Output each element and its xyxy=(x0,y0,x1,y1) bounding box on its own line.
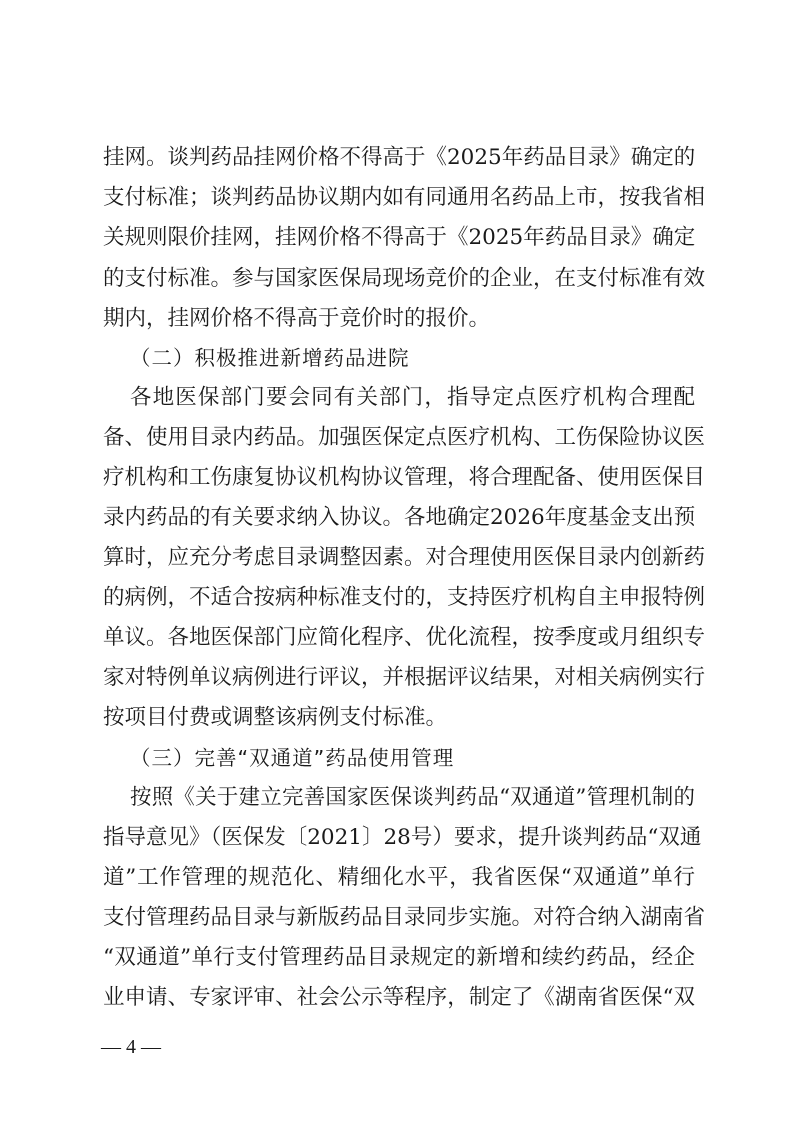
body-text-line: 期内，挂网价格不得高于竞价时的报价。 xyxy=(103,299,695,339)
body-text-line: “双通道”单行支付管理药品目录规定的新增和续约药品，经企 xyxy=(103,938,695,978)
body-text-line: 按项目付费或调整该病例支付标准。 xyxy=(103,698,695,738)
body-text-line: 疗机构和工伤康复协议机构协议管理，将合理配备、使用医保目 xyxy=(103,458,695,498)
body-text-line: 录内药品的有关要求纳入协议。各地确定2026年度基金支出预 xyxy=(103,498,695,538)
document-page: 挂网。谈判药品挂网价格不得高于《2025年药品目录》确定的 支付标准；谈判药品协… xyxy=(0,0,793,1122)
body-text-line: 道”工作管理的规范化、精细化水平，我省医保“双通道”单行 xyxy=(103,858,695,898)
page-number: — 4 — xyxy=(101,1036,161,1059)
body-text-line: 业申请、专家评审、社会公示等程序，制定了《湖南省医保“双 xyxy=(103,978,695,1018)
body-text-line: 的支付标准。参与国家医保局现场竞价的企业，在支付标准有效 xyxy=(103,259,695,299)
body-text-line: 挂网。谈判药品挂网价格不得高于《2025年药品目录》确定的 xyxy=(103,138,695,178)
body-text-line: 关规则限价挂网，挂网价格不得高于《2025年药品目录》确定 xyxy=(103,218,695,258)
section-heading-3: （三）完善“双通道”药品使用管理 xyxy=(130,738,454,778)
body-text-line: 算时，应充分考虑目录调整因素。对合理使用医保目录内创新药 xyxy=(103,538,695,578)
body-text-line: 支付管理药品目录与新版药品目录同步实施。对符合纳入湖南省 xyxy=(103,898,695,938)
body-text-line: 单议。各地医保部门应简化程序、优化流程，按季度或月组织专 xyxy=(103,618,695,658)
section-heading-2: （二）积极推进新增药品进院 xyxy=(130,338,410,378)
body-text-line: 指导意见》（医保发〔2021〕28号）要求，提升谈判药品“双通 xyxy=(103,818,695,858)
body-text-line: 备、使用目录内药品。加强医保定点医疗机构、工伤保险协议医 xyxy=(103,418,695,458)
body-text-line: 的病例，不适合按病种标准支付的，支持医疗机构自主申报特例 xyxy=(103,578,695,618)
body-text-line: 各地医保部门要会同有关部门，指导定点医疗机构合理配 xyxy=(130,378,695,418)
body-text-line: 按照《关于建立完善国家医保谈判药品“双通道”管理机制的 xyxy=(130,778,695,818)
body-text-line: 支付标准；谈判药品协议期内如有同通用名药品上市，按我省相 xyxy=(103,178,695,218)
body-text-line: 家对特例单议病例进行评议，并根据评议结果，对相关病例实行 xyxy=(103,658,695,698)
